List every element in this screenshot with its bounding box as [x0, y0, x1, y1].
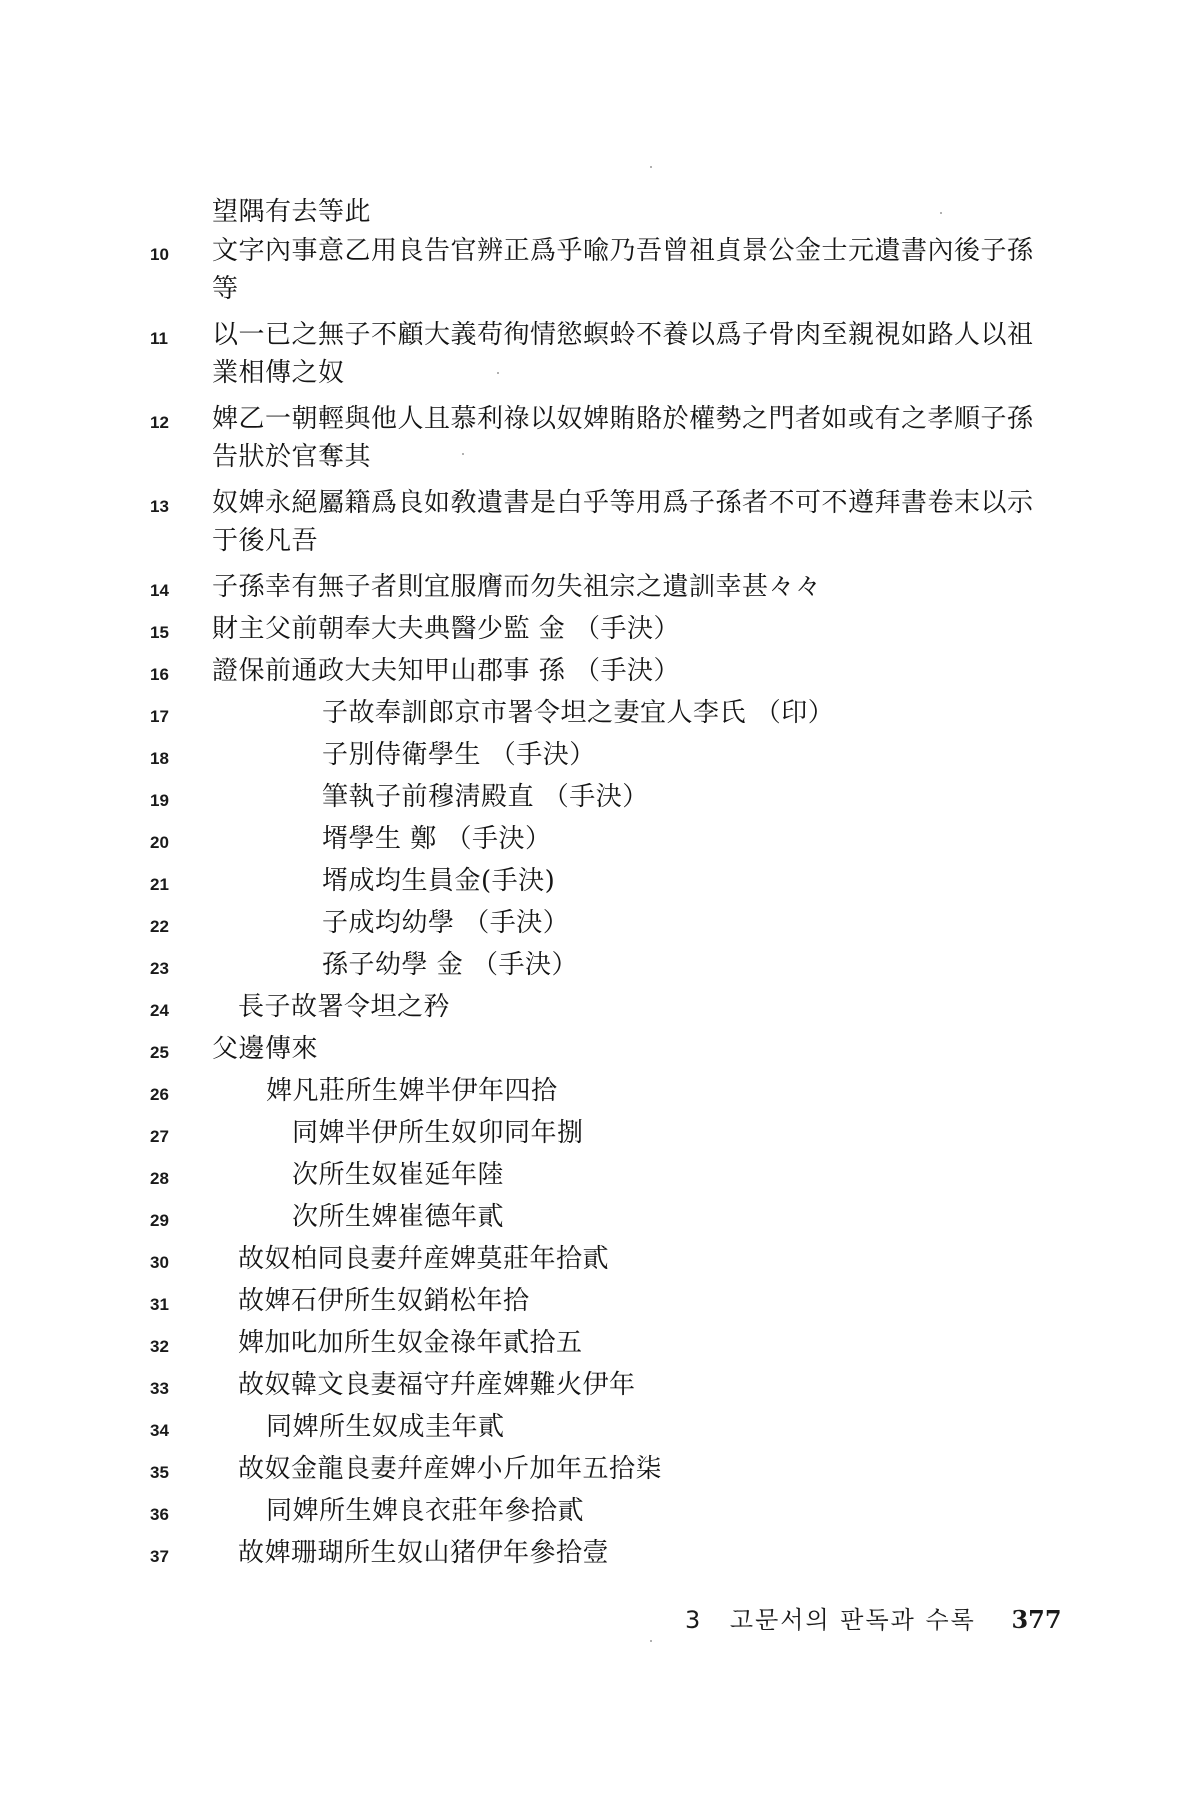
line-text: 子別侍衛學生 （手決） [322, 738, 596, 772]
line-number: 37 [150, 1547, 190, 1567]
line-text: 故婢珊瑚所生奴山猪伊年參拾壹 [238, 1536, 609, 1570]
line-text: 于後凡吾 [212, 524, 318, 558]
text-line: 12 婢乙一朝輕與他人且慕利祿以奴婢賄賂於權勢之門者如或有之孝順子孫 [0, 402, 1200, 442]
text-line: 18 子別侍衛學生 （手決） [0, 738, 1200, 778]
document-page: 望隅有去等此 10 文字內事意乙用良告官辨正爲乎喩乃吾曾祖貞景公金士元遺書內後子… [0, 0, 1200, 1800]
page-number: 377 [1011, 1605, 1061, 1634]
page-footer: 3 고문서의 판독과 수록 377 [685, 1600, 1062, 1635]
line-text: 子故奉訓郎京市署令坦之妻宜人李氏 （印） [322, 696, 834, 730]
line-number: 23 [150, 959, 190, 979]
text-line: 37 故婢珊瑚所生奴山猪伊年參拾壹 [0, 1536, 1200, 1576]
line-number: 33 [150, 1379, 190, 1399]
line-number: 13 [150, 497, 190, 517]
line-number: 18 [150, 749, 190, 769]
text-line: 36 同婢所生婢良衣莊年參拾貳 [0, 1494, 1200, 1534]
line-text: 同婢所生奴成圭年貳 [266, 1410, 505, 1444]
text-line: 26 婢凡莊所生婢半伊年四拾 [0, 1074, 1200, 1114]
line-number: 36 [150, 1505, 190, 1525]
line-number: 12 [150, 413, 190, 433]
text-line: 19 筆執子前穆淸殿直 （手決） [0, 780, 1200, 820]
line-number: 17 [150, 707, 190, 727]
text-line: 10 文字內事意乙用良告官辨正爲乎喩乃吾曾祖貞景公金士元遺書內後子孫 [0, 234, 1200, 274]
line-text: 壻成均生員金(手決) [322, 864, 555, 898]
line-number: 11 [150, 329, 190, 349]
line-number: 15 [150, 623, 190, 643]
text-line: 27 同婢半伊所生奴卯同年捌 [0, 1116, 1200, 1156]
text-line: 25 父邊傳來 [0, 1032, 1200, 1072]
text-line: 24 長子故署令坦之矜 [0, 990, 1200, 1030]
text-line: 34 同婢所生奴成圭年貳 [0, 1410, 1200, 1450]
line-text: 業相傳之奴 [212, 356, 345, 390]
line-text: 壻學生 鄭 （手決） [322, 822, 552, 856]
text-line: 望隅有去等此 [0, 195, 1200, 235]
scan-speck [497, 372, 499, 374]
text-line: 11 以一已之無子不顧大義苟徇情慾螟蛉不養以爲子骨肉至親視如路人以祖 [0, 318, 1200, 358]
line-number: 10 [150, 245, 190, 265]
text-line: 29 次所生婢崔德年貳 [0, 1200, 1200, 1240]
text-line: 14 子孫幸有無子者則宜服膺而勿失祖宗之遺訓幸甚々々 [0, 570, 1200, 610]
text-line: 13 奴婢永絕屬籍爲良如敎遺書是白乎等用爲子孫者不可不遵拜書卷末以示 [0, 486, 1200, 526]
scan-speck [650, 1640, 652, 1642]
chapter-number: 3 [685, 1606, 700, 1634]
text-line: 33 故奴韓文良妻福守幷産婢難火伊年 [0, 1368, 1200, 1408]
line-text: 婢凡莊所生婢半伊年四拾 [266, 1074, 558, 1108]
text-line: 21 壻成均生員金(手決) [0, 864, 1200, 904]
line-number: 26 [150, 1085, 190, 1105]
line-text: 等 [212, 272, 239, 306]
line-number: 20 [150, 833, 190, 853]
line-text: 以一已之無子不顧大義苟徇情慾螟蛉不養以爲子骨肉至親視如路人以祖 [212, 318, 1034, 352]
text-line: 業相傳之奴 [0, 356, 1200, 396]
text-line: 告狀於官奪其 [0, 440, 1200, 480]
line-text: 父邊傳來 [212, 1032, 318, 1066]
text-line: 35 故奴金龍良妻幷産婢小斤加年五拾柒 [0, 1452, 1200, 1492]
text-line: 17 子故奉訓郎京市署令坦之妻宜人李氏 （印） [0, 696, 1200, 736]
line-number: 21 [150, 875, 190, 895]
text-line: 于後凡吾 [0, 524, 1200, 564]
line-text: 次所生奴崔延年陸 [292, 1158, 504, 1192]
line-number: 31 [150, 1295, 190, 1315]
text-line: 28 次所生奴崔延年陸 [0, 1158, 1200, 1198]
line-number: 27 [150, 1127, 190, 1147]
line-number: 19 [150, 791, 190, 811]
line-number: 16 [150, 665, 190, 685]
text-line: 31 故婢石伊所生奴銷松年拾 [0, 1284, 1200, 1324]
line-text: 故奴韓文良妻福守幷産婢難火伊年 [238, 1368, 636, 1402]
text-line: 32 婢加叱加所生奴金祿年貳拾五 [0, 1326, 1200, 1366]
line-text: 婢乙一朝輕與他人且慕利祿以奴婢賄賂於權勢之門者如或有之孝順子孫 [212, 402, 1034, 436]
line-number: 30 [150, 1253, 190, 1273]
line-text: 子孫幸有無子者則宜服膺而勿失祖宗之遺訓幸甚々々 [212, 570, 822, 604]
line-text: 財主父前朝奉大夫典醫少監 金 （手決） [212, 612, 680, 646]
line-text: 筆執子前穆淸殿直 （手決） [322, 780, 649, 814]
text-line: 等 [0, 272, 1200, 312]
line-text: 奴婢永絕屬籍爲良如敎遺書是白乎等用爲子孫者不可不遵拜書卷末以示 [212, 486, 1034, 520]
scan-speck [650, 166, 652, 168]
line-text: 婢加叱加所生奴金祿年貳拾五 [238, 1326, 583, 1360]
line-number: 34 [150, 1421, 190, 1441]
text-line: 15 財主父前朝奉大夫典醫少監 金 （手決） [0, 612, 1200, 652]
line-text: 證保前通政大夫知甲山郡事 孫 （手決） [212, 654, 680, 688]
line-text: 同婢半伊所生奴卯同年捌 [292, 1116, 584, 1150]
scan-speck [462, 453, 464, 455]
line-number: 25 [150, 1043, 190, 1063]
text-line: 30 故奴柏同良妻幷産婢莫莊年拾貳 [0, 1242, 1200, 1282]
line-text: 告狀於官奪其 [212, 440, 371, 474]
text-line: 16 證保前通政大夫知甲山郡事 孫 （手決） [0, 654, 1200, 694]
scan-speck [940, 212, 942, 214]
text-line: 23 孫子幼學 金 （手決） [0, 948, 1200, 988]
line-text: 長子故署令坦之矜 [238, 990, 450, 1024]
text-line: 20 壻學生 鄭 （手決） [0, 822, 1200, 862]
line-number: 28 [150, 1169, 190, 1189]
line-number: 35 [150, 1463, 190, 1483]
line-number: 29 [150, 1211, 190, 1231]
line-number: 14 [150, 581, 190, 601]
text-line: 22 子成均幼學 （手決） [0, 906, 1200, 946]
line-text: 故奴金龍良妻幷産婢小斤加年五拾柒 [238, 1452, 662, 1486]
line-number: 22 [150, 917, 190, 937]
line-text: 文字內事意乙用良告官辨正爲乎喩乃吾曾祖貞景公金士元遺書內後子孫 [212, 234, 1034, 268]
line-text: 子成均幼學 （手決） [322, 906, 569, 940]
line-number: 24 [150, 1001, 190, 1021]
chapter-title: 고문서의 판독과 수록 [730, 1606, 976, 1634]
line-number: 32 [150, 1337, 190, 1357]
line-text: 望隅有去等此 [212, 195, 371, 229]
line-text: 同婢所生婢良衣莊年參拾貳 [266, 1494, 584, 1528]
line-text: 孫子幼學 金 （手決） [322, 948, 578, 982]
line-text: 次所生婢崔德年貳 [292, 1200, 504, 1234]
line-text: 故奴柏同良妻幷産婢莫莊年拾貳 [238, 1242, 609, 1276]
line-text: 故婢石伊所生奴銷松年拾 [238, 1284, 530, 1318]
